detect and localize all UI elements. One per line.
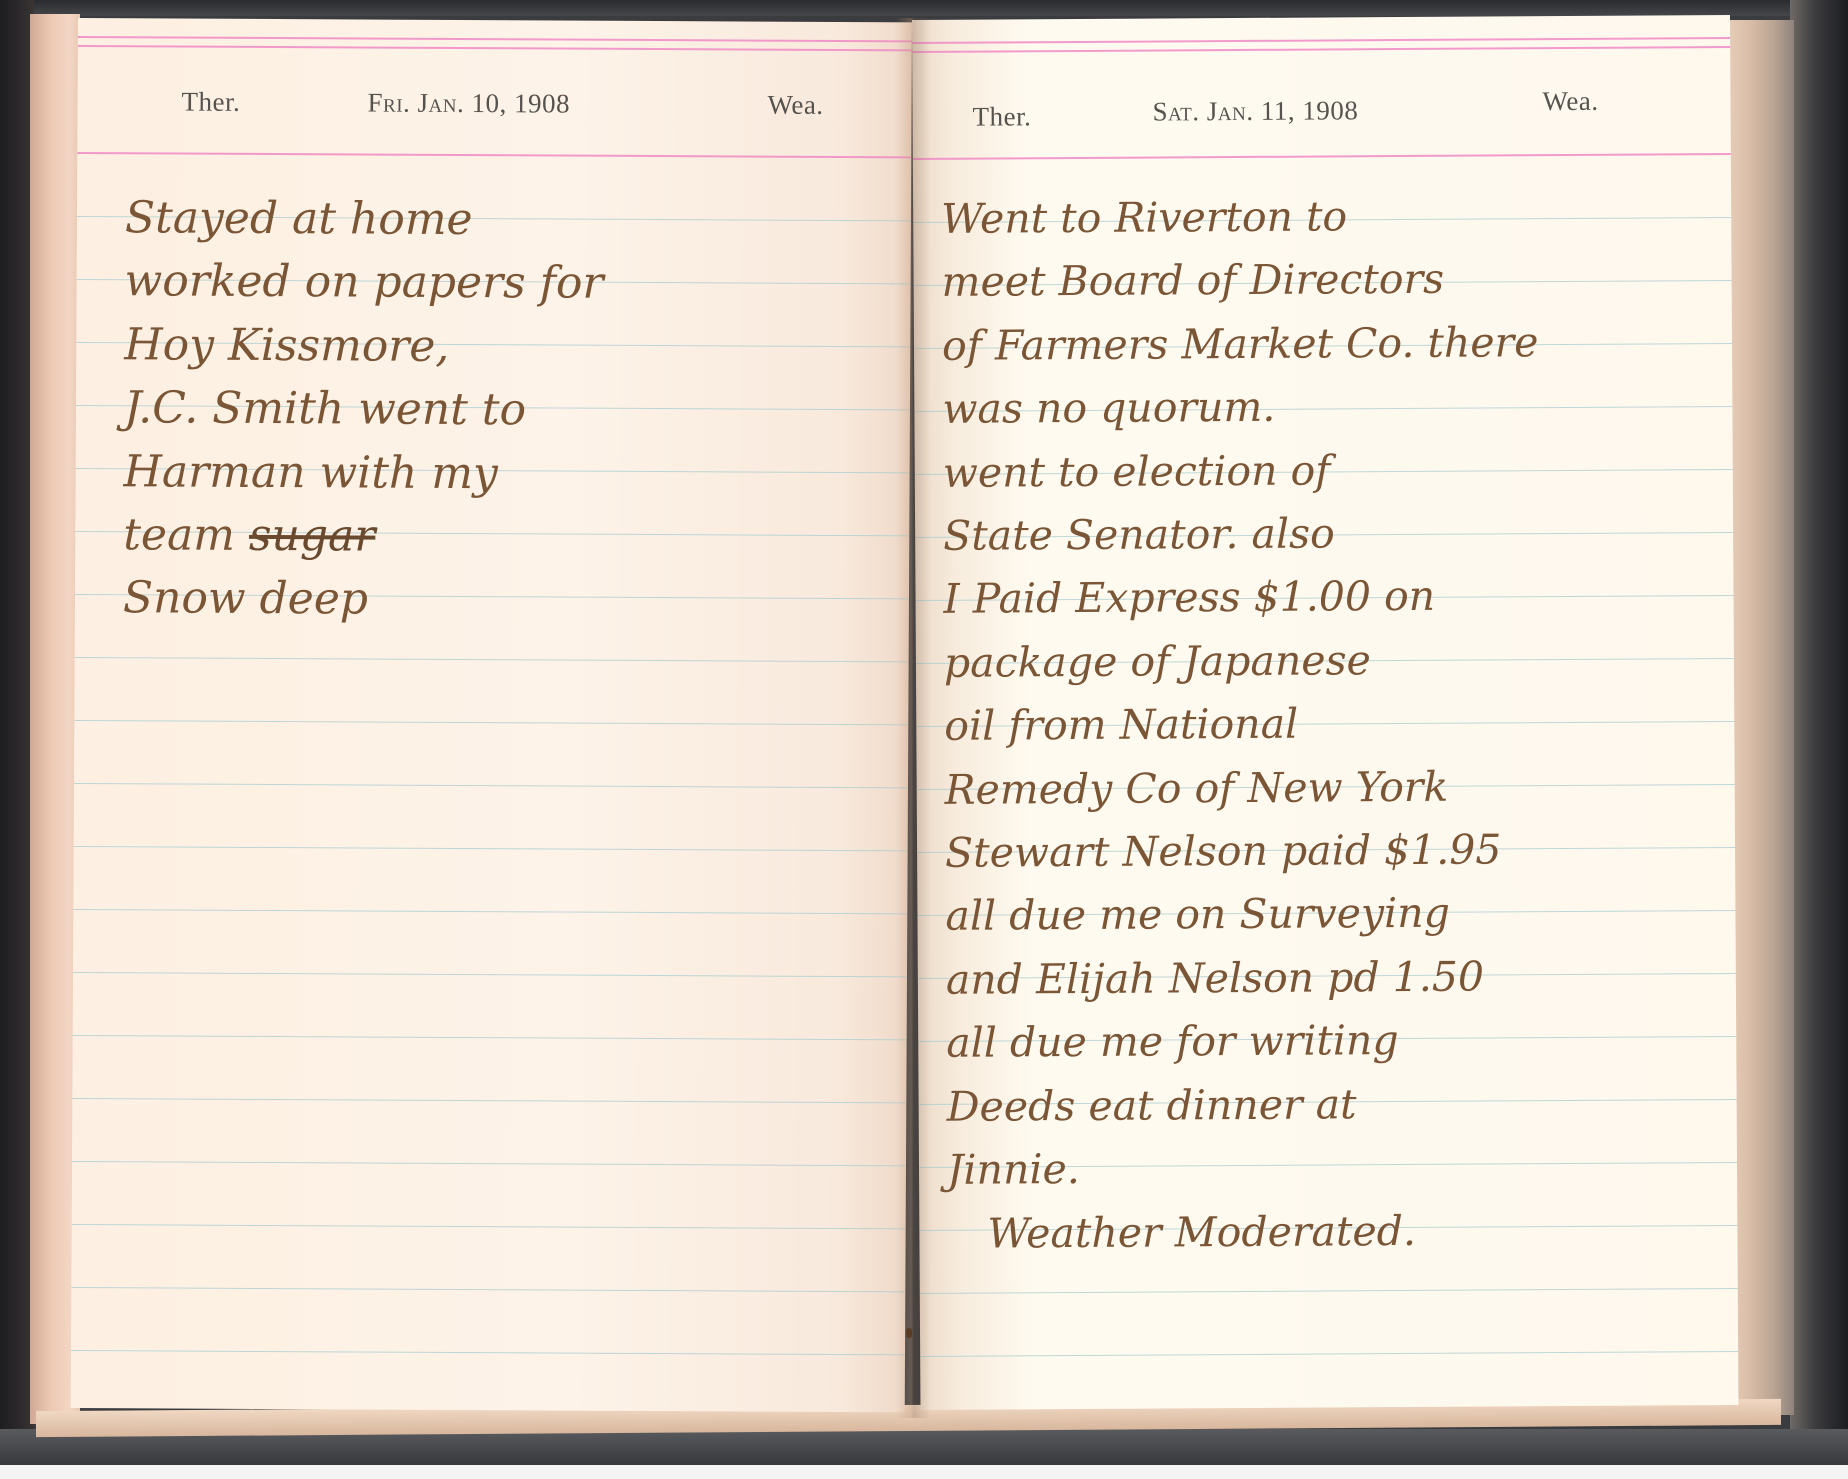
entry-line: of Farmers Market Co. there bbox=[942, 310, 1712, 378]
entry-line: Jinnie. bbox=[947, 1134, 1717, 1202]
ruled-line bbox=[74, 783, 908, 788]
date-year: 11, 1908 bbox=[1261, 95, 1359, 126]
entry-line: all due me on Surveying bbox=[945, 881, 1715, 949]
ruled-line bbox=[74, 846, 908, 851]
day-name: Sat. bbox=[1152, 96, 1199, 126]
right-page: Ther. Sat. Jan. 11, 1908 Wea. Went to Ri… bbox=[912, 15, 1738, 1410]
entry-line: State Senator. also bbox=[943, 500, 1713, 568]
ther-label: Ther. bbox=[181, 87, 240, 118]
pink-rule bbox=[912, 46, 1730, 53]
pink-rule bbox=[912, 37, 1730, 44]
scan-margin bbox=[0, 1465, 1848, 1479]
page-date: Sat. Jan. 11, 1908 bbox=[1152, 95, 1358, 127]
entry-line: Weather Moderated. bbox=[947, 1198, 1717, 1266]
ruled-line bbox=[73, 1035, 907, 1040]
ther-label: Ther. bbox=[972, 101, 1031, 132]
ruled-line bbox=[72, 1161, 906, 1166]
entry-line: J.C. Smith went to bbox=[124, 376, 890, 443]
entry-line: I Paid Express $1.00 on bbox=[943, 564, 1713, 632]
ruled-line bbox=[73, 909, 907, 914]
struck-word: sugar bbox=[249, 510, 376, 562]
entry-line: all due me for writing bbox=[946, 1007, 1716, 1075]
date-year: 10, 1908 bbox=[471, 88, 570, 119]
book-cover-top bbox=[0, 0, 1848, 16]
entry-line: was no quorum. bbox=[942, 373, 1712, 441]
binding-thread bbox=[906, 1328, 912, 1338]
page-date: Fri. Jan. 10, 1908 bbox=[367, 88, 570, 120]
entry-line: Remedy Co of New York bbox=[945, 754, 1715, 822]
month-name: Jan. bbox=[1207, 96, 1254, 126]
ruled-line bbox=[71, 1287, 905, 1292]
entry-line: went to election of bbox=[943, 437, 1713, 505]
entry-line: Hoy Kissmore, bbox=[124, 313, 890, 380]
pink-rule bbox=[913, 153, 1731, 160]
month-name: Jan. bbox=[418, 88, 465, 118]
entry-line: team sugar bbox=[123, 503, 889, 570]
pink-rule bbox=[78, 36, 912, 42]
ruled-line bbox=[75, 657, 909, 662]
left-page: Ther. Fri. Jan. 10, 1908 Wea. Stayed at … bbox=[71, 18, 912, 1412]
book-gutter bbox=[895, 18, 931, 1418]
entry-line: Stewart Nelson paid $1.95 bbox=[945, 817, 1715, 885]
book-cover-left bbox=[0, 0, 34, 1479]
ruled-line bbox=[74, 720, 908, 725]
entry-line: Deeds eat dinner at bbox=[946, 1071, 1716, 1139]
ruled-line bbox=[73, 972, 907, 977]
entry-line: package of Japanese bbox=[944, 627, 1714, 695]
entry-word: team bbox=[123, 509, 235, 561]
handwritten-entry: Went to Riverton to meet Board of Direct… bbox=[941, 183, 1718, 1266]
entry-line: Harman with my bbox=[123, 440, 889, 507]
ruled-line bbox=[71, 1350, 905, 1355]
entry-line: Went to Riverton to bbox=[941, 183, 1711, 251]
ruled-line bbox=[920, 1288, 1738, 1294]
ruled-line bbox=[920, 1351, 1738, 1357]
entry-line: oil from National bbox=[944, 690, 1714, 758]
pink-rule bbox=[77, 152, 911, 158]
day-name: Fri. bbox=[367, 88, 410, 118]
ruled-line bbox=[72, 1224, 906, 1229]
handwritten-entry: Stayed at home worked on papers for Hoy … bbox=[123, 186, 891, 634]
pink-rule bbox=[78, 45, 912, 51]
ruled-line bbox=[72, 1098, 906, 1103]
wea-label: Wea. bbox=[767, 90, 823, 121]
page-edges-right bbox=[1728, 20, 1794, 1415]
entry-line: Stayed at home bbox=[125, 186, 891, 253]
entry-line: worked on papers for bbox=[124, 250, 890, 317]
entry-line: meet Board of Directors bbox=[941, 247, 1711, 315]
wea-label: Wea. bbox=[1542, 86, 1598, 117]
entry-line: Snow deep bbox=[123, 567, 889, 634]
entry-line: and Elijah Nelson pd 1.50 bbox=[946, 944, 1716, 1012]
book-cover-right bbox=[1790, 0, 1848, 1479]
